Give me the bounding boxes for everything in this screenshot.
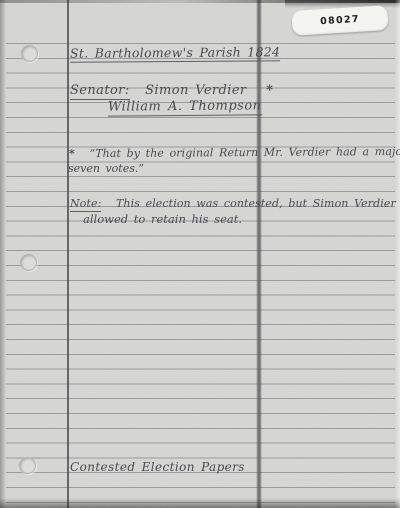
candidate-2-name: William A. Thompson	[108, 98, 262, 116]
note-text-1: This election was contested, but Simon V…	[116, 197, 400, 210]
punch-hole-bottom	[19, 457, 36, 474]
note-line-1: Note: This election was contested, but S…	[70, 197, 400, 212]
left-margin-line	[67, 0, 69, 508]
archive-label-number: 08027	[320, 14, 360, 27]
heading-text: St. Bartholomew's Parish 1824	[70, 44, 280, 62]
senator-label: Senator:	[70, 83, 130, 100]
candidate-1-asterisk-icon: *	[266, 83, 273, 98]
footnote-line-1: * “That by the original Return Mr. Verdi…	[69, 145, 400, 161]
candidate-1-name: Simon Verdier	[145, 83, 246, 98]
scanned-document-page: 08027 St. Bartholomew's Parish 1824 Sena…	[0, 0, 400, 508]
note-label: Note:	[70, 197, 101, 212]
heading-line: St. Bartholomew's Parish 1824	[70, 44, 280, 62]
punch-hole-top	[21, 45, 38, 62]
note-text-2: allowed to retain his seat.	[83, 212, 242, 226]
punch-hole-middle	[20, 254, 37, 271]
footnote-text-2: seven votes.”	[68, 162, 144, 175]
footnote-asterisk-icon: *	[69, 147, 75, 160]
candidate-2-line: William A. Thompson	[108, 98, 262, 116]
senator-line: Senator: Simon Verdier *	[70, 83, 273, 100]
center-fold-line	[256, 0, 262, 508]
footer-title: Contested Election Papers	[70, 460, 245, 474]
footnote-text-1: “That by the original Return Mr. Verdier…	[89, 145, 400, 160]
